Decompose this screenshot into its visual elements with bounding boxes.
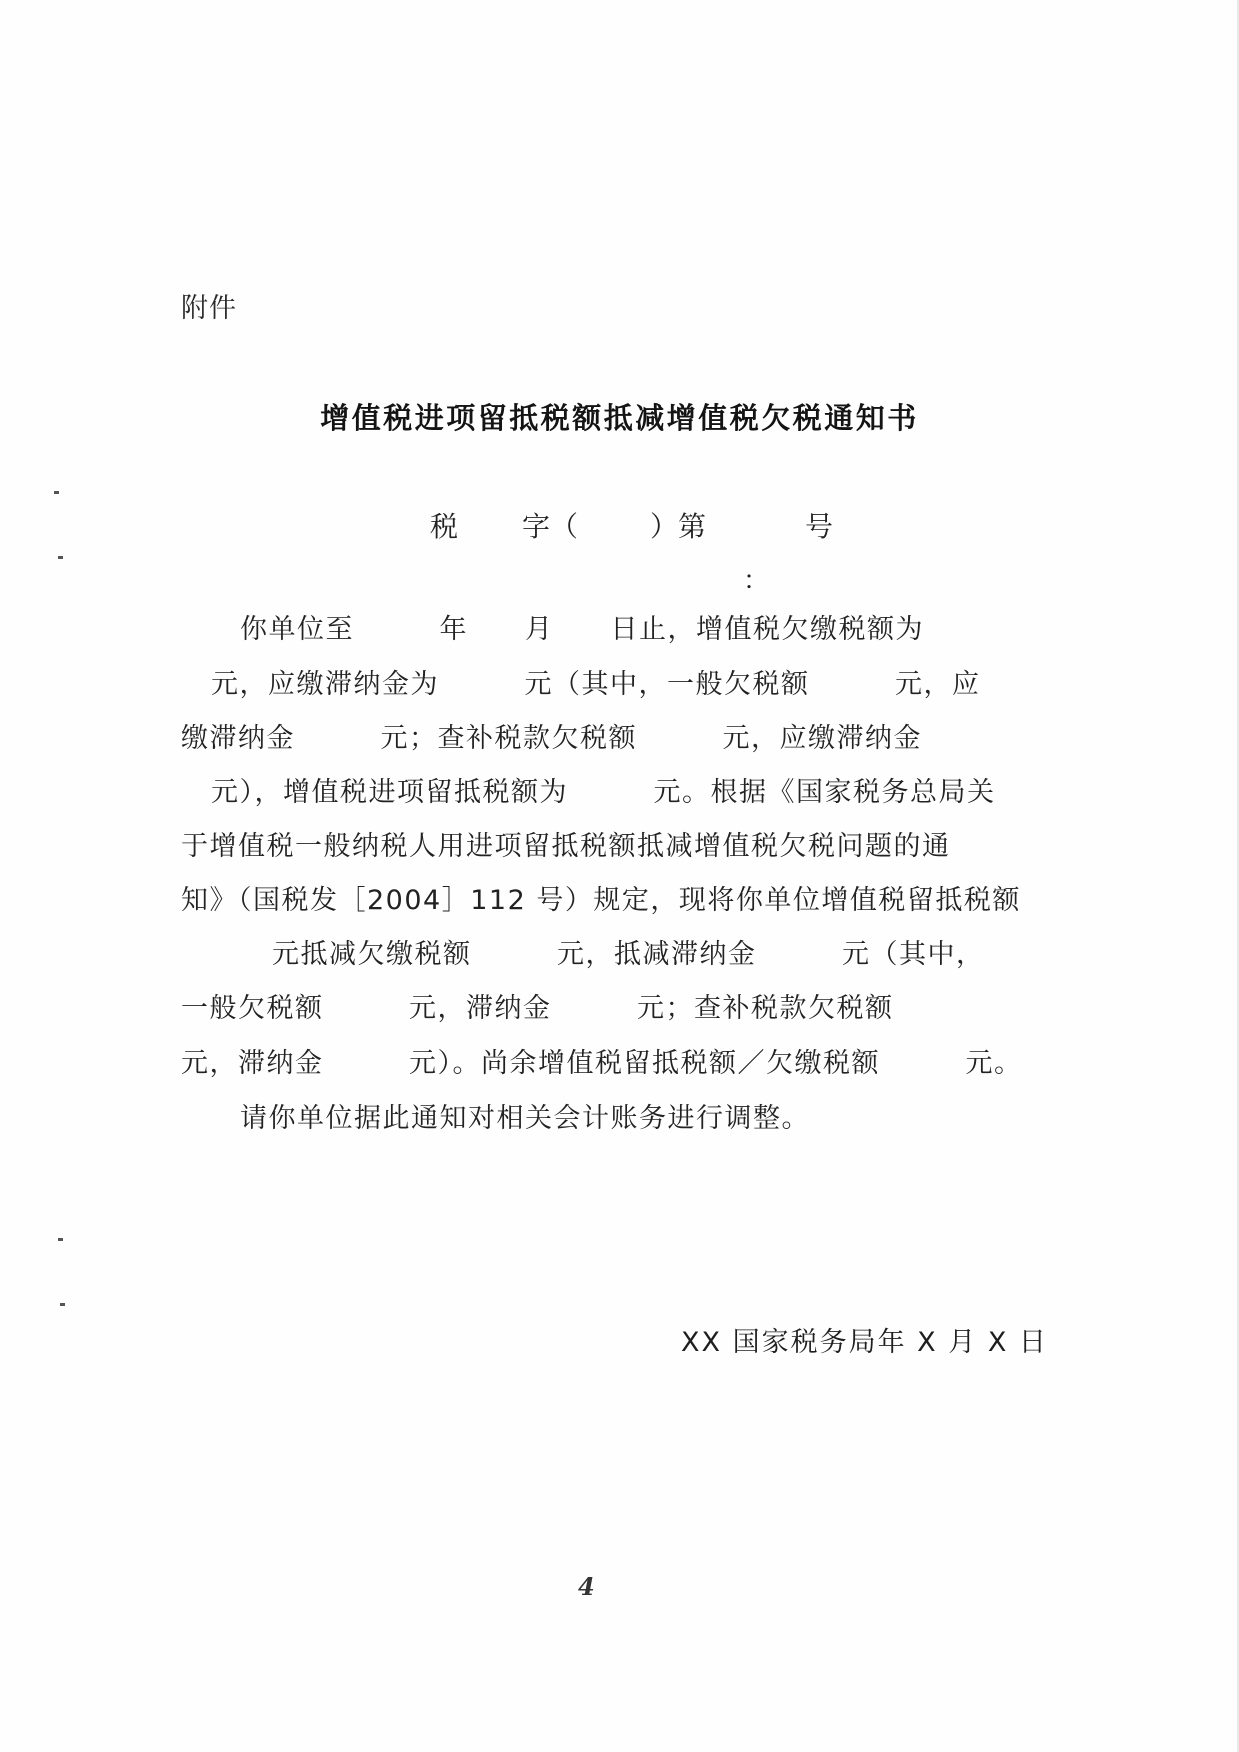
scan-artifact-mark — [60, 1303, 65, 1306]
doc-number-char-label: 字（ — [522, 505, 578, 545]
scan-artifact-mark — [58, 1238, 63, 1241]
body-line-1: 你单位至 年 月 日止，增值税欠缴税额为 — [240, 613, 924, 647]
document-number-line: 税 字（ ）第 号 — [0, 505, 1239, 545]
body-line-7: 元抵减欠缴税额 元，抵减滞纳金 元（其中， — [272, 938, 985, 972]
document-page: 附件 增值税进项留抵税额抵减增值税欠税通知书 税 字（ ）第 号 ： 你单位至 … — [0, 0, 1239, 1752]
body-line-2: 元，应缴滞纳金为 元（其中，一般欠税额 元，应 — [211, 668, 981, 702]
body-line-8: 一般欠税额 元，滞纳金 元；查补税款欠税额 — [181, 992, 894, 1026]
body-line-4: 元），增值税进项留抵税额为 元。根据《国家税务总局关 — [211, 776, 996, 810]
page-number: 4 — [578, 1572, 595, 1601]
body-line-6: 知》（国税发［2004］112 号）规定，现将你单位增值税留抵税额 — [181, 884, 1021, 918]
body-line-5: 于增值税一般纳税人用进项留抵税额抵减增值税欠税问题的通 — [181, 830, 951, 864]
issuer-signature-date: XX 国家税务局年 X 月 X 日 — [681, 1320, 1048, 1359]
body-line-9: 元，滞纳金 元）。尚余增值税留抵税额／欠缴税额 元。 — [181, 1047, 1023, 1081]
doc-number-prefix: 税 — [430, 505, 458, 545]
scan-artifact-mark — [58, 556, 63, 559]
body-line-3: 缴滞纳金 元；查补税款欠税额 元，应缴滞纳金 — [181, 722, 922, 756]
recipient-colon: ： — [743, 560, 769, 597]
doc-number-hao: 号 — [805, 505, 833, 545]
body-line-10: 请你单位据此通知对相关会计账务进行调整。 — [240, 1102, 810, 1136]
scan-artifact-mark — [54, 491, 59, 494]
doc-number-close-paren: ）第 — [650, 505, 706, 545]
document-title: 增值税进项留抵税额抵减增值税欠税通知书 — [0, 396, 1239, 437]
attachment-label: 附件 — [181, 286, 237, 325]
